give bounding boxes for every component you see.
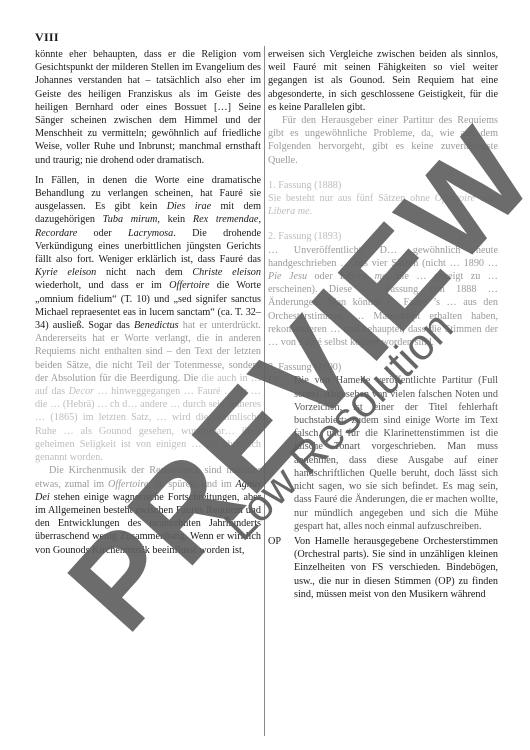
paragraph: Sie besteht nur aus fünf Sätzen ohne Off…	[268, 192, 498, 218]
paragraph: erweisen sich Vergleiche zwischen beiden…	[268, 48, 498, 114]
paragraph: Die Kirchenmusik der Renaissance sind mi…	[35, 464, 261, 556]
source-term: OP	[268, 535, 294, 601]
paragraph: könnte eher behaupten, dass er die Relig…	[35, 48, 261, 167]
section-heading: 1. Fassung (1888)	[268, 179, 498, 192]
source-entry-fs: FS Die von Hamelle veröffentlichte Parti…	[268, 374, 498, 532]
source-description: Von Hamelle herausgegebene Orchesterstim…	[294, 535, 498, 601]
source-description: Die von Hamelle veröffentlichte Partitur…	[294, 374, 498, 532]
paragraph: Für den Herausgeber einer Partitur des R…	[268, 114, 498, 167]
section-heading: 2. Fassung (1893)	[268, 230, 498, 243]
right-column: erweisen sich Vergleiche zwischen beiden…	[268, 48, 498, 601]
paragraph: In Fällen, in denen die Worte eine drama…	[35, 174, 261, 464]
source-term: FS	[268, 374, 294, 532]
section-heading: 3. Fassung (1900)	[268, 361, 498, 374]
page-number: VIII	[35, 30, 59, 45]
paragraph: … Unveröffentlicht. D… gewöhnlich heute …	[268, 244, 498, 350]
left-column: könnte eher behaupten, dass er die Relig…	[35, 48, 261, 557]
source-entry-op: OP Von Hamelle herausgegebene Orchesters…	[268, 535, 498, 601]
column-divider	[264, 46, 265, 736]
